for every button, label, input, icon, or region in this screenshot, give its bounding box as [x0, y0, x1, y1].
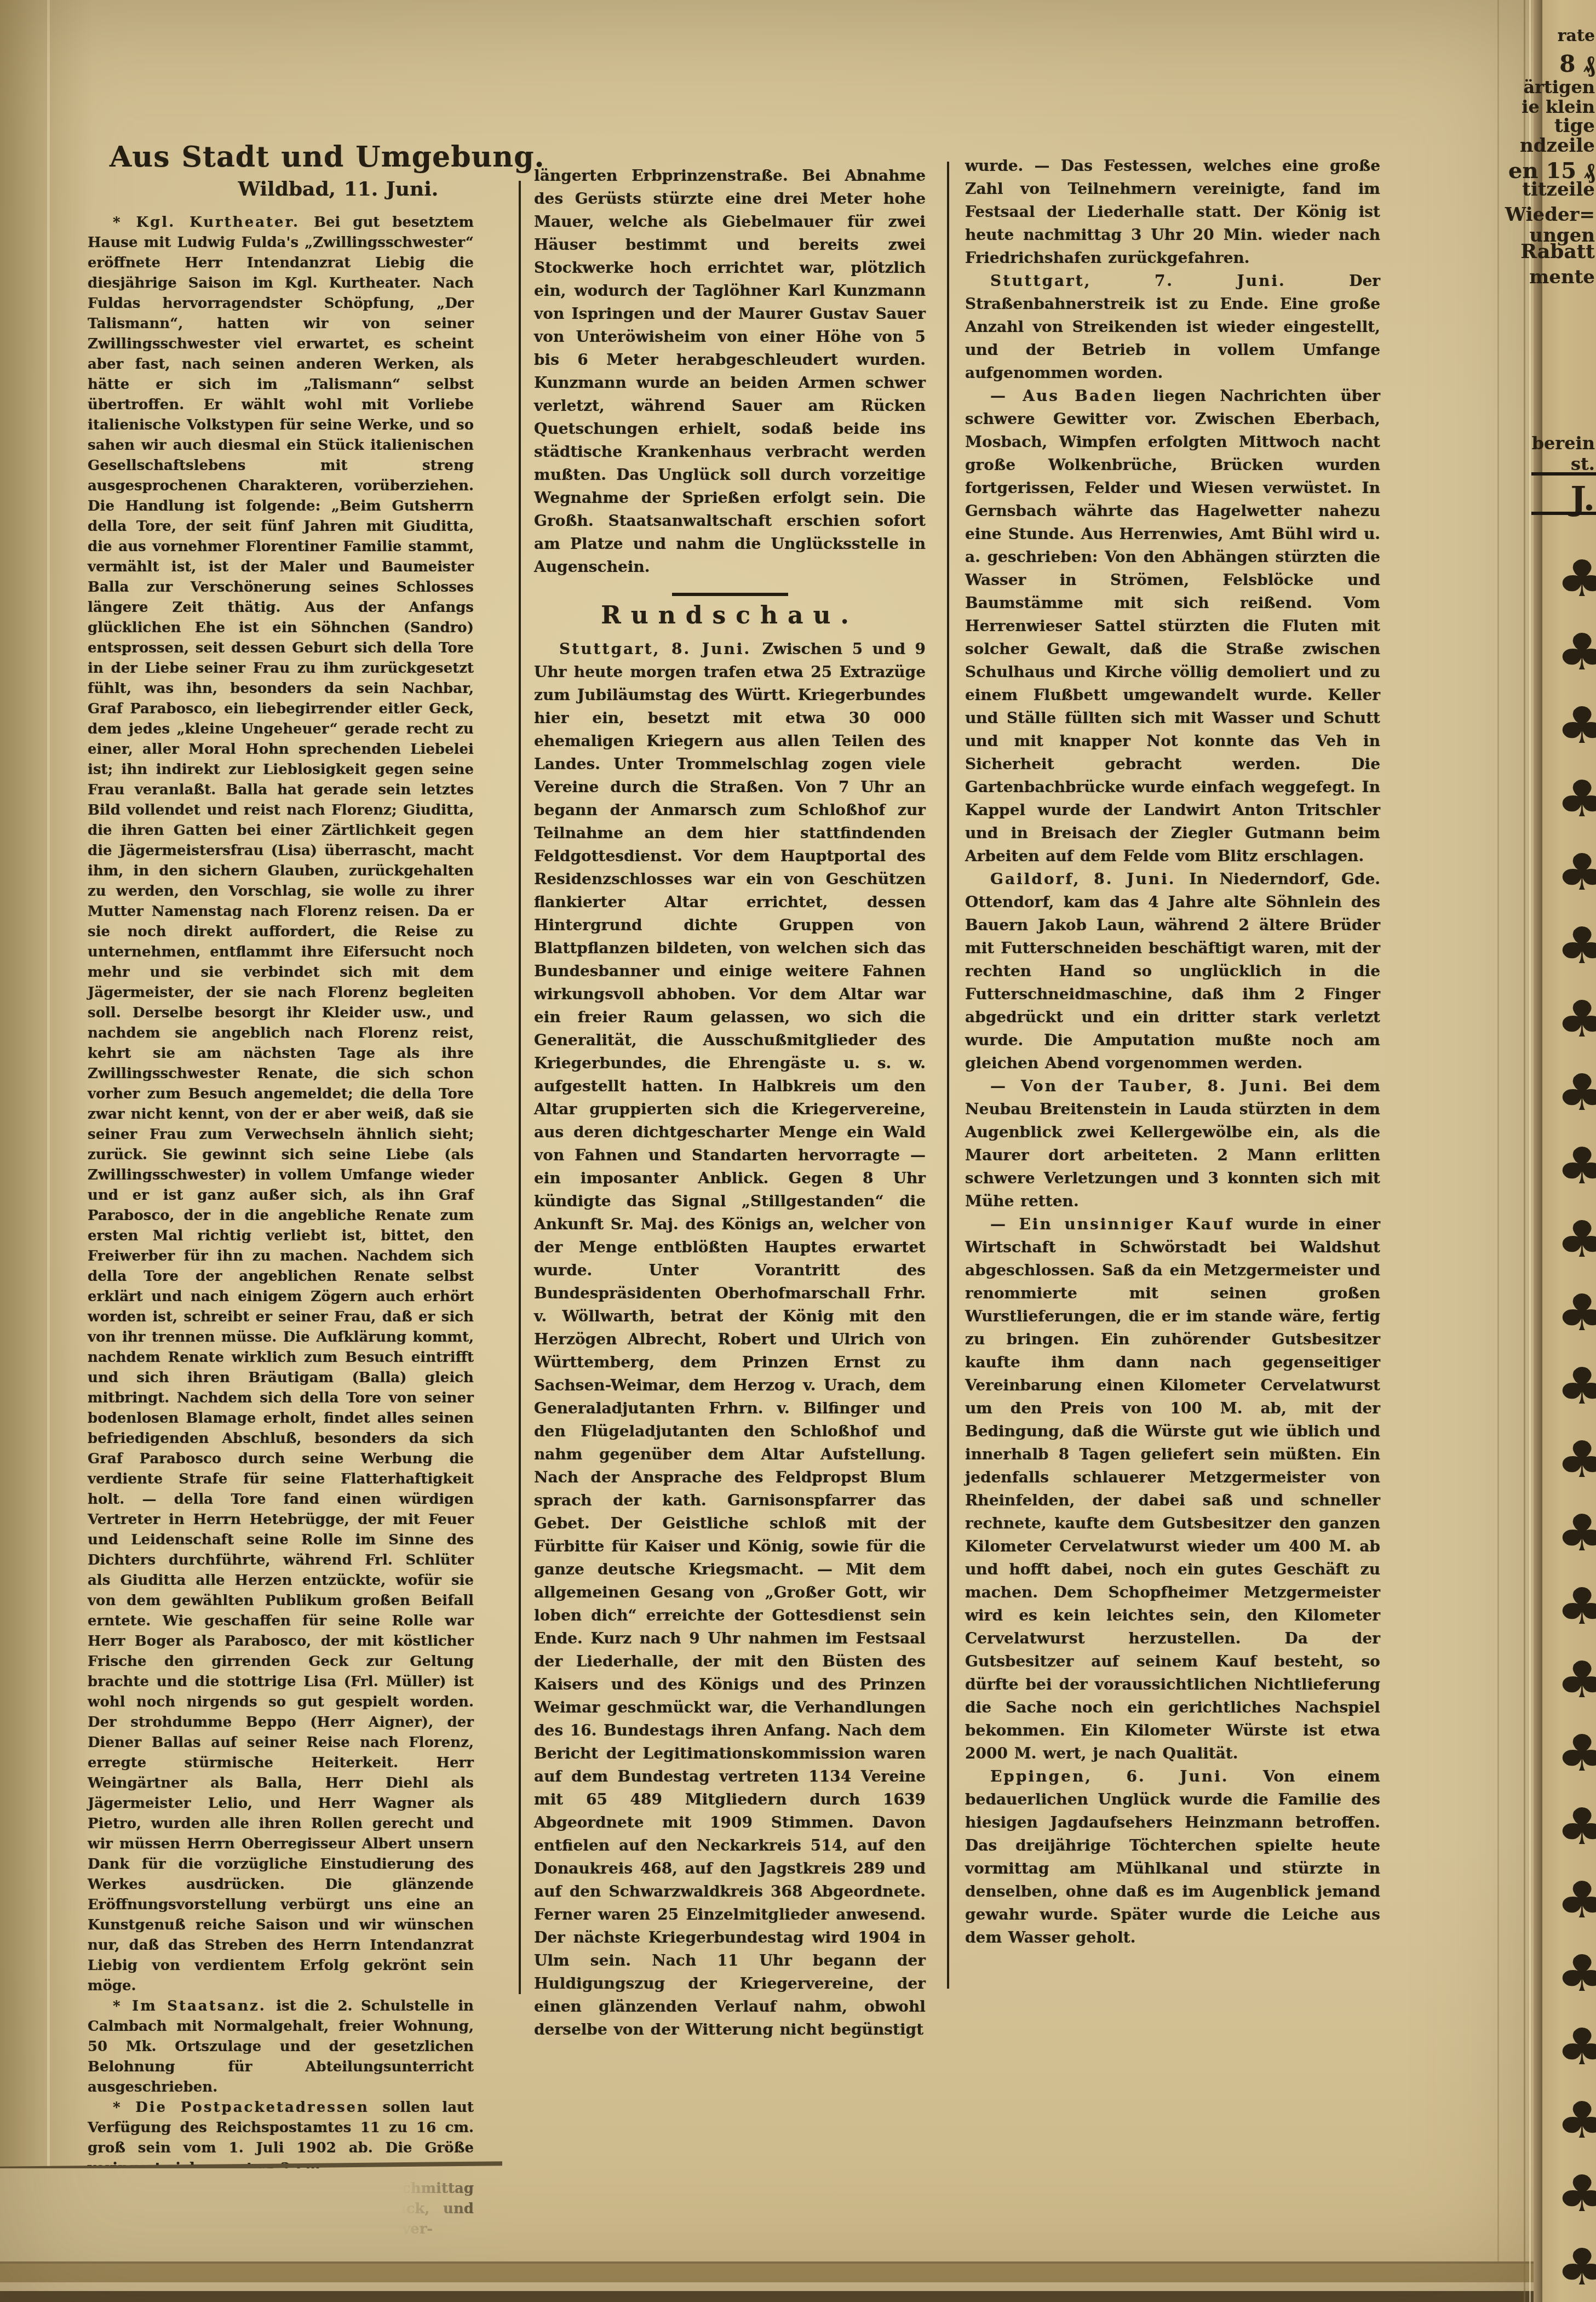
page-edge-line-1: [1524, 0, 1525, 2302]
article-paragraph: längerten Erbprinzenstraße. Bei Abnahme …: [534, 164, 926, 579]
adjacent-page-rule: [1531, 472, 1596, 476]
article-dateline: — Von der Tauber, 8. Juni.: [990, 1077, 1303, 1095]
column-rule-1: [519, 181, 521, 1994]
article-paragraph: — Ein unsinniger Kauf wurde in einer Wir…: [965, 1213, 1380, 1765]
adjacent-page-fragment: tige: [1554, 115, 1595, 137]
adjacent-page-fragment: Rabatt: [1520, 240, 1595, 263]
adjacent-page-fragment: Wieder=: [1505, 204, 1595, 226]
gutter-crease: [47, 0, 50, 2302]
adjacent-page-edge: rate8 ₰ärtigenie kleintigendzeileen 15 ₰…: [1542, 0, 1596, 2302]
article-dateline: Stuttgart, 7. Juni.: [990, 272, 1349, 290]
news-column-3: wurde. — Das Festessen, welches eine gro…: [965, 154, 1380, 1949]
adjacent-page-fragment: rate: [1558, 26, 1595, 45]
right-margin-crease: [1497, 0, 1499, 2302]
adjacent-page-fragment: titzeile: [1522, 179, 1595, 201]
article-paragraph: Stuttgart, 8. Juni. Zwischen 5 und 9 Uhr…: [534, 638, 926, 2041]
bottom-edge-dark-band: [0, 2291, 1542, 2302]
article-dateline: Eppingen, 6. Juni.: [990, 1767, 1263, 1785]
column-rule-2: [947, 162, 949, 1989]
page-edge-highlight: [1529, 0, 1531, 2302]
gutter-shadow: [0, 0, 93, 2302]
palmette-ornament-strip: ♣ ♣ ♣ ♣ ♣ ♣ ♣ ♣ ♣ ♣ ♣ ♣ ♣ ♣ ♣ ♣ ♣ ♣ ♣ ♣ …: [1556, 542, 1596, 2302]
section-heading-rundschau: Rundschau.: [534, 602, 926, 630]
adjacent-page-fragment: 8 ₰: [1559, 50, 1595, 78]
article-dateline: * Die Postpacketadressen: [113, 2099, 383, 2116]
section-separator-rule: [672, 593, 788, 596]
article-dateline: — Aus Baden: [990, 387, 1153, 405]
page-edge-shadow: [1534, 0, 1542, 2302]
article-dateline: Gaildorf, 8. Juni.: [990, 870, 1189, 888]
news-column-1: Aus Stadt und Umgebung. Wildbad, 11. Jun…: [88, 141, 474, 2240]
bottom-edge-light-band: [0, 2282, 1542, 2291]
article-dateline: Stuttgart, 8. Juni.: [559, 640, 762, 658]
article-dateline: * Kgl. Kurtheater.: [113, 214, 314, 231]
adjacent-page-fragment: berein: [1532, 433, 1595, 454]
article-paragraph: — Von der Tauber, 8. Juni. Bei dem Neuba…: [965, 1075, 1380, 1213]
article-paragraph: Gaildorf, 8. Juni. In Niederndorf, Gde. …: [965, 868, 1380, 1075]
adjacent-page-fragment: mente: [1529, 266, 1595, 288]
article-paragraph: Eppingen, 6. Juni. Von einem bedauerlich…: [965, 1765, 1380, 1949]
article-paragraph: * Kgl. Kurtheater. Bei gut besetztem Hau…: [88, 213, 474, 1996]
page-title: Aus Stadt und Umgebung.: [110, 141, 474, 173]
adjacent-page-fragment: ndzeile: [1520, 135, 1595, 157]
article-dateline: — Ein unsinniger Kauf: [990, 1215, 1245, 1233]
adjacent-page-fragment: ie klein: [1522, 96, 1595, 117]
article-paragraph: Stuttgart, 7. Juni. Der Straßenbahnerstr…: [965, 270, 1380, 385]
scanned-newspaper-screenshot: Aus Stadt und Umgebung. Wildbad, 11. Jun…: [0, 0, 1596, 2302]
news-column-2: längerten Erbprinzenstraße. Bei Abnahme …: [534, 164, 926, 2041]
dateline-subtitle: Wildbad, 11. Juni.: [203, 177, 474, 201]
adjacent-page-fragment: st.: [1571, 454, 1595, 474]
article-paragraph: * Im Staatsanz. ist die 2. Schulstelle i…: [88, 1996, 474, 2098]
adjacent-page-rule: [1531, 512, 1596, 515]
article-paragraph: wurde. — Das Festessen, welches eine gro…: [965, 154, 1380, 270]
article-paragraph: — Aus Baden liegen Nachrichten über schw…: [965, 385, 1380, 868]
adjacent-page-fragment: ärtigen: [1523, 77, 1595, 98]
bottom-edge-band: [0, 2264, 1542, 2282]
newspaper-page: Aus Stadt und Umgebung. Wildbad, 11. Jun…: [0, 0, 1542, 2302]
article-dateline: * Im Staatsanz.: [113, 1998, 276, 2014]
